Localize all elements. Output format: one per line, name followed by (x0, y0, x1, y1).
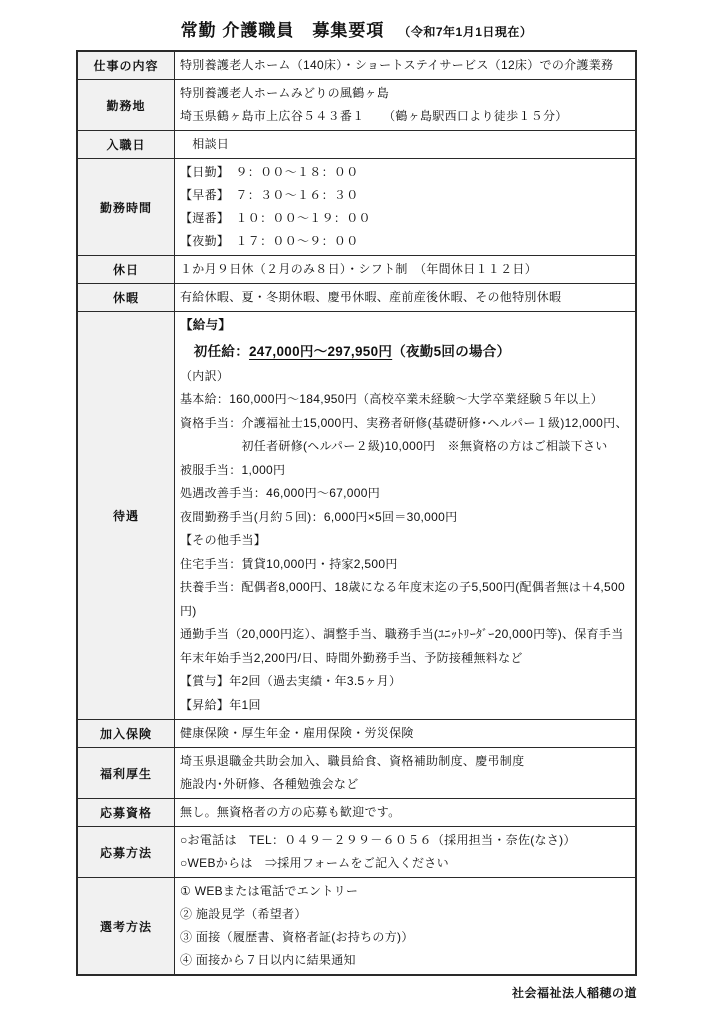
row-label-location: 勤務地 (78, 80, 175, 130)
content-line: 【遅番】 １０：００～１９：００ (180, 207, 631, 230)
content-line: ○お電話は TEL：０４９－２９９－６０５６（採用担当・奈佐(なさ)） (180, 829, 631, 852)
content-line: ① WEBまたは電話でエントリー (180, 880, 631, 903)
content-line: 初任給：247,000円～297,950円（夜勤5回の場合） (180, 338, 631, 365)
content-line: ④ 面接から７日以内に結果通知 (180, 949, 631, 972)
content-line: 【給与】 (180, 314, 631, 338)
row-label-insurance: 加入保険 (78, 720, 175, 747)
content-line: １か月９日休（２月のみ８日）・シフト制 （年間休日１１２日） (180, 258, 631, 281)
content-line: ○WEBからは ⇒採用フォームをご記入ください (180, 852, 631, 875)
row-hours: 勤務時間【日勤】 ９：００～１８：００【早番】 ７：３０～１６：３０【遅番】 １… (78, 158, 635, 255)
content-line: 【昇給】年1回 (180, 694, 631, 718)
content-line: 有給休暇、夏・冬期休暇、慶弔休暇、産前産後休暇、その他特別休暇 (180, 286, 631, 309)
content-line: 被服手当：1,000円 (180, 459, 631, 483)
row-label-how-to-apply: 応募方法 (78, 827, 175, 877)
content-line: 通勤手当（20,000円迄）、調整手当、職務手当(ﾕﾆｯﾄﾘｰﾀﾞｰ20,000… (180, 623, 631, 647)
row-label-welfare: 福利厚生 (78, 748, 175, 798)
row-content-benefits: 【給与】 初任給：247,000円～297,950円（夜勤5回の場合）（内訳）基… (175, 312, 635, 719)
row-label-leave: 休暇 (78, 284, 175, 311)
row-label-holidays: 休日 (78, 256, 175, 283)
row-label-hours: 勤務時間 (78, 159, 175, 255)
row-label-benefits: 待遇 (78, 312, 175, 719)
content-line: 【夜勤】 １７：００～９：００ (180, 230, 631, 253)
row-content-requirements: 無し。無資格者の方の応募も歓迎です。 (175, 799, 635, 826)
page-title: 常勤 介護職員 募集要項（令和7年1月1日現在） (76, 16, 637, 41)
content-line: 【日勤】 ９：００～１８：００ (180, 161, 631, 184)
content-line: 初任者研修(ヘルパー２級)10,000円 ※無資格の方はご相談下さい (180, 435, 631, 459)
row-label-start-date: 入職日 (78, 131, 175, 158)
content-line: 埼玉県鶴ヶ島市上広谷５４３番１ （鶴ヶ島駅西口より徒歩１５分） (180, 105, 631, 128)
content-line: 【賞与】年2回（過去実績・年3.5ヶ月） (180, 670, 631, 694)
row-content-how-to-apply: ○お電話は TEL：０４９－２９９－６０５６（採用担当・奈佐(なさ)）○WEBか… (175, 827, 635, 877)
row-label-selection: 選考方法 (78, 878, 175, 974)
content-line: 施設内･外研修、各種勉強会など (180, 773, 631, 796)
row-content-job: 特別養護老人ホーム（140床）・ショートステイサービス（12床）での介護業務 (175, 52, 635, 79)
content-line: 健康保険・厚生年金・雇用保険・労災保険 (180, 722, 631, 745)
row-welfare: 福利厚生埼玉県退職金共助会加入、職員給食、資格補助制度、慶弔制度施設内･外研修、… (78, 747, 635, 798)
row-content-holidays: １か月９日休（２月のみ８日）・シフト制 （年間休日１１２日） (175, 256, 635, 283)
content-line: 夜間勤務手当(月約５回)：6,000円×5回＝30,000円 (180, 506, 631, 530)
row-start-date: 入職日 相談日 (78, 130, 635, 158)
row-job: 仕事の内容特別養護老人ホーム（140床）・ショートステイサービス（12床）での介… (78, 52, 635, 79)
row-content-welfare: 埼玉県退職金共助会加入、職員給食、資格補助制度、慶弔制度施設内･外研修、各種勉強… (175, 748, 635, 798)
recruitment-notice-page: 常勤 介護職員 募集要項（令和7年1月1日現在） 仕事の内容特別養護老人ホーム（… (0, 0, 724, 1024)
row-content-selection: ① WEBまたは電話でエントリー② 施設見学（希望者）③ 面接（履歴書、資格者証… (175, 878, 635, 974)
content-line: 埼玉県退職金共助会加入、職員給食、資格補助制度、慶弔制度 (180, 750, 631, 773)
content-line: ② 施設見学（希望者） (180, 903, 631, 926)
text-segment: 初任給： (180, 344, 249, 359)
row-content-hours: 【日勤】 ９：００～１８：００【早番】 ７：３０～１６：３０【遅番】 １０：００… (175, 159, 635, 255)
row-benefits: 待遇【給与】 初任給：247,000円～297,950円（夜勤5回の場合）（内訳… (78, 311, 635, 719)
row-content-leave: 有給休暇、夏・冬期休暇、慶弔休暇、産前産後休暇、その他特別休暇 (175, 284, 635, 311)
row-label-job: 仕事の内容 (78, 52, 175, 79)
row-insurance: 加入保険健康保険・厚生年金・雇用保険・労災保険 (78, 719, 635, 747)
text-segment: （夜勤5回の場合） (392, 344, 510, 359)
content-line: 扶養手当：配偶者8,000円、18歳になる年度末迄の子5,500円(配偶者無は＋… (180, 576, 631, 623)
content-line: 【早番】 ７：３０～１６：３０ (180, 184, 631, 207)
content-line: 特別養護老人ホーム（140床）・ショートステイサービス（12床）での介護業務 (180, 54, 631, 77)
footer-organization-name: 社会福祉法人稲穂の道 (76, 984, 637, 1001)
content-line: 処遇改善手当：46,000円～67,000円 (180, 482, 631, 506)
content-line: 特別養護老人ホームみどりの風鶴ヶ島 (180, 82, 631, 105)
row-content-location: 特別養護老人ホームみどりの風鶴ヶ島埼玉県鶴ヶ島市上広谷５４３番１ （鶴ヶ島駅西口… (175, 80, 635, 130)
content-line: ③ 面接（履歴書、資格者証(お持ちの方)） (180, 926, 631, 949)
row-label-requirements: 応募資格 (78, 799, 175, 826)
row-content-insurance: 健康保険・厚生年金・雇用保険・労災保険 (175, 720, 635, 747)
row-requirements: 応募資格無し。無資格者の方の応募も歓迎です。 (78, 798, 635, 826)
content-line: 無し。無資格者の方の応募も歓迎です。 (180, 801, 631, 824)
content-line: 相談日 (180, 133, 631, 156)
row-selection: 選考方法① WEBまたは電話でエントリー② 施設見学（希望者）③ 面接（履歴書、… (78, 877, 635, 974)
salary-range-underlined: 247,000円～297,950円 (249, 344, 392, 359)
content-line: 年末年始手当2,200円/日、時間外勤務手当、予防接種無料など (180, 647, 631, 671)
spec-table: 仕事の内容特別養護老人ホーム（140床）・ショートステイサービス（12床）での介… (76, 50, 637, 976)
page-title-date-note: （令和7年1月1日現在） (398, 25, 532, 39)
row-leave: 休暇有給休暇、夏・冬期休暇、慶弔休暇、産前産後休暇、その他特別休暇 (78, 283, 635, 311)
row-how-to-apply: 応募方法○お電話は TEL：０４９－２９９－６０５６（採用担当・奈佐(なさ)）○… (78, 826, 635, 877)
content-line: （内訳） (180, 365, 631, 389)
row-content-start-date: 相談日 (175, 131, 635, 158)
row-location: 勤務地特別養護老人ホームみどりの風鶴ヶ島埼玉県鶴ヶ島市上広谷５４３番１ （鶴ヶ島… (78, 79, 635, 130)
content-line: 【その他手当】 (180, 529, 631, 553)
content-line: 住宅手当：賃貸10,000円・持家2,500円 (180, 553, 631, 577)
row-holidays: 休日１か月９日休（２月のみ８日）・シフト制 （年間休日１１２日） (78, 255, 635, 283)
page-title-text: 常勤 介護職員 募集要項 (181, 21, 385, 40)
content-line: 基本給：160,000円～184,950円（高校卒業未経験～大学卒業経験５年以上… (180, 388, 631, 412)
content-line: 資格手当：介護福祉士15,000円、実務者研修(基礎研修･ヘルパー１級)12,0… (180, 412, 631, 436)
